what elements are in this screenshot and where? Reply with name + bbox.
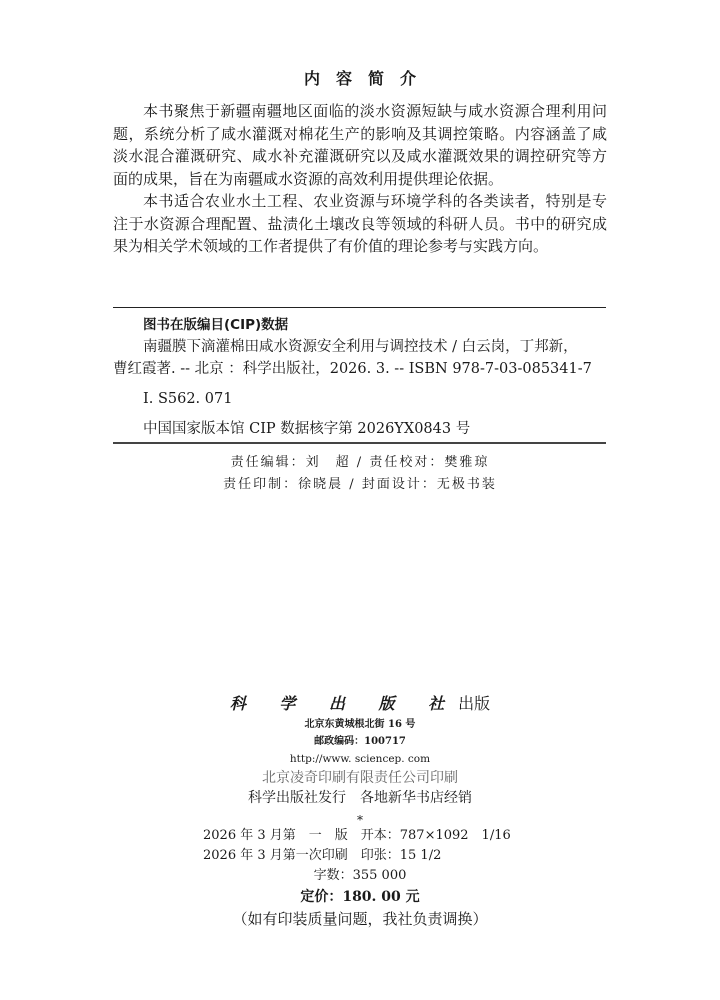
word-count: 字数：355 000 [0, 866, 720, 886]
cip-heading: 图书在版编目(CIP)数据 [113, 314, 607, 336]
cip-approval-number: 中国国家版本馆 CIP 数据核字第 2026YX0843 号 [113, 418, 607, 440]
publisher-address: 北京东黄城根北街 16 号 [0, 716, 720, 733]
publisher-url: http://www. sciencep. com [0, 750, 720, 768]
cip-data-block: 图书在版编目(CIP)数据 南疆膜下滴灌棉田咸水资源安全利用与调控技术 / 白云… [113, 314, 607, 440]
abstract-paragraph: 本书聚焦于新疆南疆地区面临的淡水资源短缺与咸水资源合理利用问题，系统分析了咸水灌… [113, 100, 607, 190]
publisher-logo: 科 学 出 版 社出版 [0, 692, 720, 716]
staff-line-editors: 责任编辑：刘 超 / 责任校对：樊雅琼 [0, 452, 720, 474]
cip-classification: Ⅰ. S562. 071 [113, 388, 607, 410]
price-block: 字数：355 000 定价：180. 00 元 （如有印装质量问题，我社负责调换… [0, 866, 720, 930]
price: 定价：180. 00 元 [0, 886, 720, 908]
printer-info: 北京凌奇印刷有限责任公司印刷 [0, 768, 720, 788]
staff-line-production: 责任印制：徐晓晨 / 封面设计：无极书装 [0, 474, 720, 496]
quality-note: （如有印装质量问题，我社负责调换） [0, 908, 720, 930]
cip-top-divider [113, 307, 606, 308]
abstract-paragraph: 本书适合农业水土工程、农业资源与环境学科的各类读者，特别是专注于水资源合理配置、… [113, 190, 607, 258]
edition-line: 2026 年 3 月第 一 版 开本：787×1092 1/16 [203, 826, 511, 846]
publisher-block: 科 学 出 版 社出版 北京东黄城根北街 16 号 邮政编码：100717 ht… [0, 692, 720, 828]
cip-entry-line: 曹红霞著. -- 北京 ：科学出版社，2026. 3. -- ISBN 978-… [113, 358, 607, 380]
publisher-logo-text: 科 学 出 版 社 [230, 694, 458, 713]
print-specs: 2026 年 3 月第 一 版 开本：787×1092 1/16 2026 年 … [203, 826, 511, 866]
abstract-section: 本书聚焦于新疆南疆地区面临的淡水资源短缺与咸水资源合理利用问题，系统分析了咸水灌… [113, 100, 607, 258]
printing-line: 2026 年 3 月第一次印刷 印张：15 1/2 [203, 846, 511, 866]
publisher-postcode: 邮政编码：100717 [0, 733, 720, 750]
editorial-staff: 责任编辑：刘 超 / 责任校对：樊雅琼 责任印制：徐晓晨 / 封面设计：无极书装 [0, 452, 720, 496]
distribution-info: 科学出版社发行 各地新华书店经销 [0, 788, 720, 808]
page-title: 内容简介 [0, 66, 720, 89]
cip-entry-line: 南疆膜下滴灌棉田咸水资源安全利用与调控技术 / 白云岗，丁邦新， [113, 336, 607, 358]
cip-bottom-divider [113, 442, 606, 444]
publisher-logo-suffix: 出版 [458, 694, 490, 713]
copyright-page: 内容简介 本书聚焦于新疆南疆地区面临的淡水资源短缺与咸水资源合理利用问题，系统分… [0, 0, 720, 1000]
